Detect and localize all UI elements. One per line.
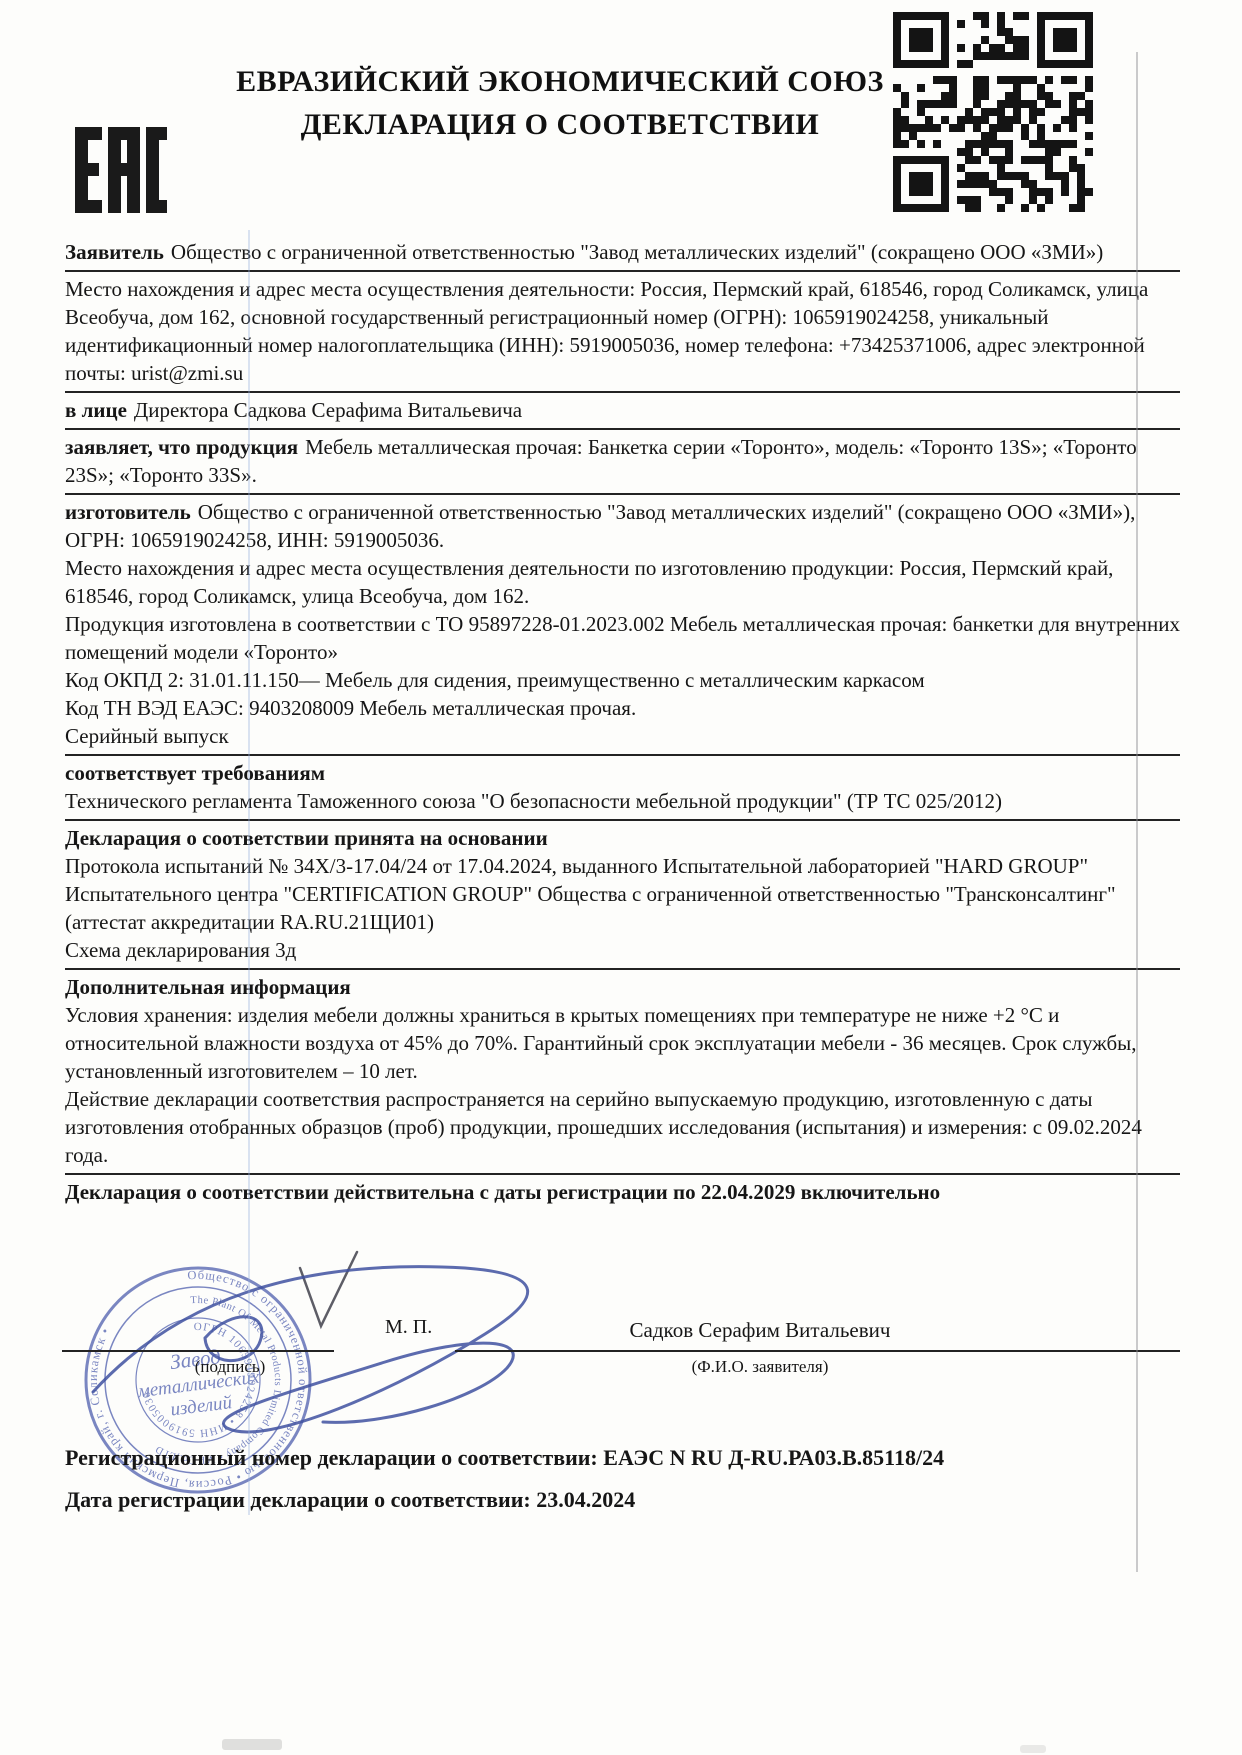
declares-paragraph: заявляет, что продукцияМебель металличес… bbox=[65, 433, 1180, 489]
manufacturer-text: Общество с ограниченной ответственностью… bbox=[65, 500, 1135, 552]
section-divider bbox=[65, 754, 1180, 756]
complies-text: Технического регламента Таможенного союз… bbox=[65, 787, 1180, 815]
applicant-paragraph: ЗаявительОбщество с ограниченной ответст… bbox=[65, 238, 1180, 266]
manufacturer-paragraph: изготовительОбщество с ограниченной отве… bbox=[65, 498, 1180, 554]
valid-until-text: Декларация о соответствии действительна … bbox=[65, 1178, 1180, 1206]
product-spec: Продукция изготовлена в соответствии с Т… bbox=[65, 610, 1180, 666]
scan-artifact bbox=[1020, 1745, 1046, 1753]
section-divider bbox=[65, 270, 1180, 272]
registration-date-value: 23.04.2024 bbox=[536, 1487, 635, 1512]
section-divider bbox=[65, 1173, 1180, 1175]
section-divider bbox=[65, 493, 1180, 495]
registration-date-line: Дата регистрации декларации о соответств… bbox=[65, 1486, 635, 1514]
applicant-name-caption: (Ф.И.О. заявителя) bbox=[455, 1357, 1065, 1377]
doc-title: ДЕКЛАРАЦИЯ О СООТВЕТСТВИИ bbox=[90, 103, 1030, 146]
section-divider bbox=[65, 428, 1180, 430]
section-divider bbox=[65, 819, 1180, 821]
scan-fold-line bbox=[248, 230, 250, 1515]
basis-text: Протокола испытаний № 34Х/3-17.04/24 от … bbox=[65, 852, 1180, 936]
registration-date-label: Дата регистрации декларации о соответств… bbox=[65, 1487, 531, 1512]
applicant-label: Заявитель bbox=[65, 240, 164, 264]
validity-scope-text: Действие декларации соответствия распрос… bbox=[65, 1085, 1180, 1169]
basis-header: Декларация о соответствии принята на осн… bbox=[65, 824, 1180, 852]
represented-text: Директора Садкова Серафима Витальевича bbox=[134, 398, 522, 422]
tnved-code: Код ТН ВЭД ЕАЭС: 9403208009 Мебель метал… bbox=[65, 694, 1180, 722]
manufacturer-label: изготовитель bbox=[65, 500, 191, 524]
scan-edge-line bbox=[1136, 52, 1138, 1572]
signature-caption: (подпись) bbox=[120, 1357, 340, 1377]
handwritten-signature bbox=[55, 1240, 675, 1470]
section-divider bbox=[65, 968, 1180, 970]
union-title: ЕВРАЗИЙСКИЙ ЭКОНОМИЧЕСКИЙ СОЮЗ bbox=[90, 60, 1030, 103]
applicant-name: Садков Серафим Витальевич bbox=[455, 1318, 1065, 1343]
manufacturer-address: Место нахождения и адрес места осуществл… bbox=[65, 554, 1180, 610]
declaration-document: ЕВРАЗИЙСКИЙ ЭКОНОМИЧЕСКИЙ СОЮЗ ДЕКЛАРАЦИ… bbox=[0, 0, 1242, 1755]
complies-header: соответствует требованиям bbox=[65, 759, 1180, 787]
scan-artifact bbox=[222, 1739, 282, 1750]
registration-number-line: Регистрационный номер декларации о соотв… bbox=[65, 1444, 944, 1472]
applicant-text: Общество с ограниченной ответственностью… bbox=[171, 240, 1103, 264]
serial-type: Серийный выпуск bbox=[65, 722, 1180, 750]
represented-label: в лице bbox=[65, 398, 127, 422]
represented-paragraph: в лицеДиректора Садкова Серафима Виталье… bbox=[65, 396, 1180, 424]
qr-code-icon bbox=[893, 12, 1093, 212]
document-header: ЕВРАЗИЙСКИЙ ЭКОНОМИЧЕСКИЙ СОЮЗ ДЕКЛАРАЦИ… bbox=[90, 60, 1030, 146]
address-paragraph: Место нахождения и адрес места осуществл… bbox=[65, 275, 1180, 387]
mp-label: М. П. bbox=[385, 1316, 432, 1339]
scheme-text: Схема декларирования 3д bbox=[65, 936, 1180, 964]
storage-text: Условия хранения: изделия мебели должны … bbox=[65, 1001, 1180, 1085]
okpd-code: Код ОКПД 2: 31.01.11.150— Мебель для сид… bbox=[65, 666, 1180, 694]
applicant-name-line bbox=[455, 1350, 1180, 1352]
registration-number-value: ЕАЭС N RU Д-RU.РА03.В.85118/24 bbox=[603, 1445, 944, 1470]
document-body: ЗаявительОбщество с ограниченной ответст… bbox=[65, 238, 1180, 1206]
section-divider bbox=[65, 391, 1180, 393]
declares-label: заявляет, что продукция bbox=[65, 435, 298, 459]
additional-header: Дополнительная информация bbox=[65, 973, 1180, 1001]
signature-line bbox=[62, 1350, 334, 1352]
registration-number-label: Регистрационный номер декларации о соотв… bbox=[65, 1445, 598, 1470]
